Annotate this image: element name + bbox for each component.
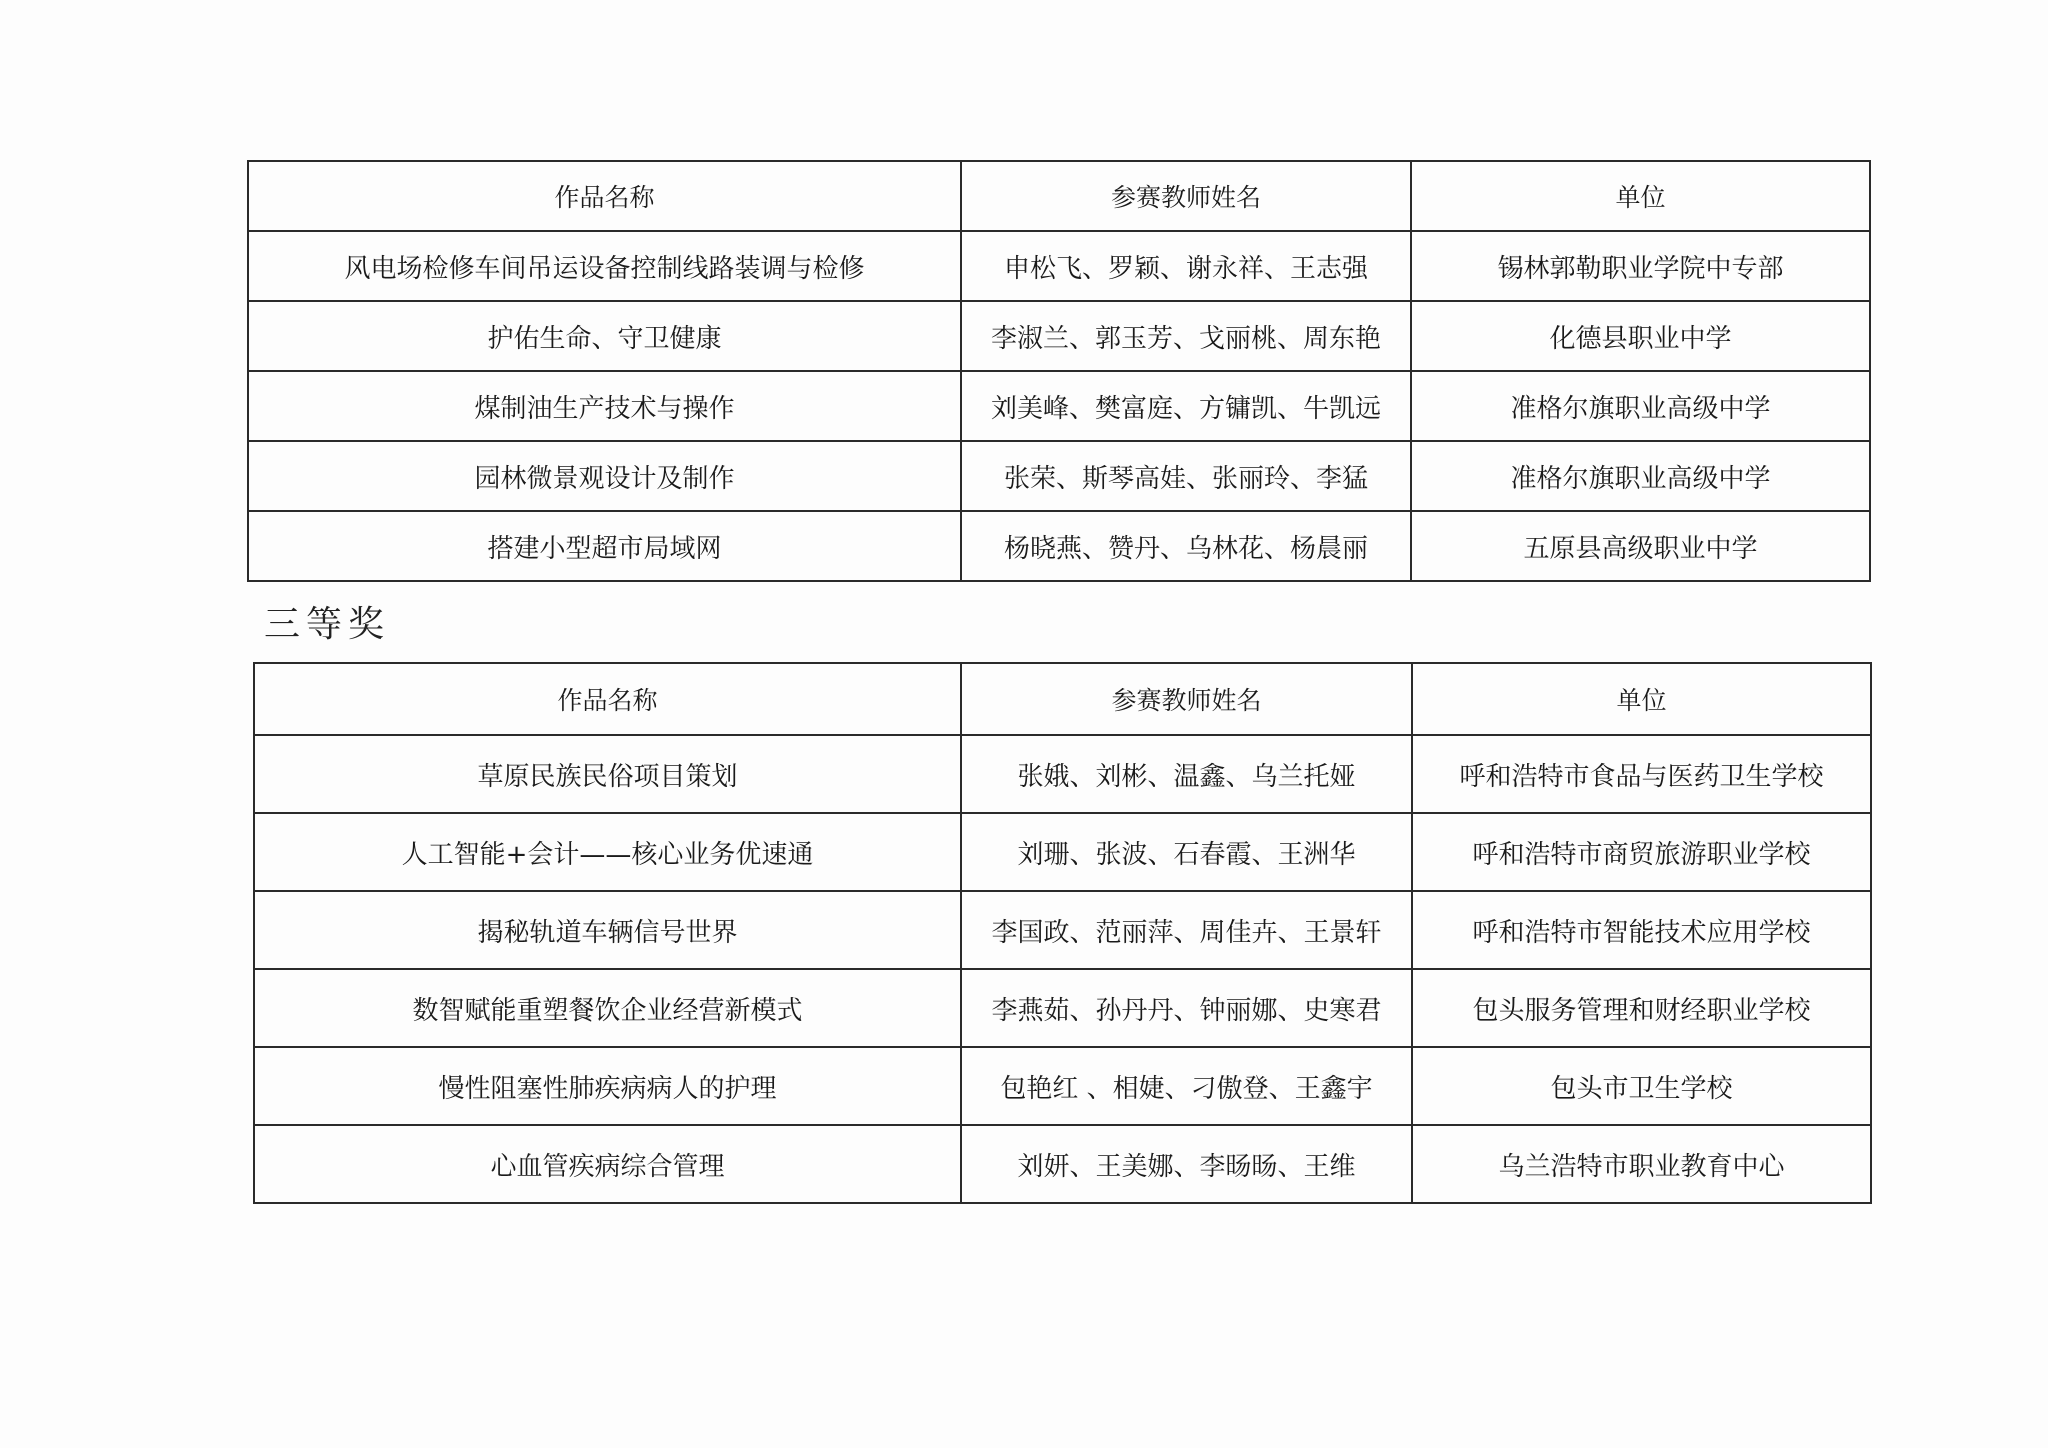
cell-teacher-names: 张娥、刘彬、温鑫、乌兰托娅 bbox=[961, 735, 1412, 813]
cell-teacher-names: 李国政、范丽萍、周佳卉、王景轩 bbox=[961, 891, 1412, 969]
cell-teacher-names: 张荣、斯琴高娃、张丽玲、李猛 bbox=[961, 441, 1411, 511]
cell-unit: 锡林郭勒职业学院中专部 bbox=[1411, 231, 1870, 301]
cell-teacher-names: 申松飞、罗颖、谢永祥、王志强 bbox=[961, 231, 1411, 301]
award-table-second-prize: 作品名称 参赛教师姓名 单位 风电场检修车间吊运设备控制线路装调与检修 申松飞、… bbox=[247, 160, 1871, 582]
section-title-third-prize: 三等奖 bbox=[264, 596, 390, 647]
cell-teacher-names: 杨晓燕、赞丹、乌林花、杨晨丽 bbox=[961, 511, 1411, 581]
cell-teacher-names: 包艳红 、相婕、刁傲登、王鑫宇 bbox=[961, 1047, 1412, 1125]
table-row: 园林微景观设计及制作 张荣、斯琴高娃、张丽玲、李猛 准格尔旗职业高级中学 bbox=[248, 441, 1870, 511]
table-header-row: 作品名称 参赛教师姓名 单位 bbox=[248, 161, 1870, 231]
cell-work-title: 人工智能+会计——核心业务优速通 bbox=[254, 813, 961, 891]
header-teacher-names: 参赛教师姓名 bbox=[961, 663, 1412, 735]
table-row: 风电场检修车间吊运设备控制线路装调与检修 申松飞、罗颖、谢永祥、王志强 锡林郭勒… bbox=[248, 231, 1870, 301]
cell-unit: 化德县职业中学 bbox=[1411, 301, 1870, 371]
cell-teacher-names: 李燕茹、孙丹丹、钟丽娜、史寒君 bbox=[961, 969, 1412, 1047]
cell-unit: 准格尔旗职业高级中学 bbox=[1411, 441, 1870, 511]
table-row: 搭建小型超市局域网 杨晓燕、赞丹、乌林花、杨晨丽 五原县高级职业中学 bbox=[248, 511, 1870, 581]
header-unit: 单位 bbox=[1412, 663, 1871, 735]
cell-unit: 包头服务管理和财经职业学校 bbox=[1412, 969, 1871, 1047]
table-row: 煤制油生产技术与操作 刘美峰、樊富庭、方镛凯、牛凯远 准格尔旗职业高级中学 bbox=[248, 371, 1870, 441]
cell-work-title: 园林微景观设计及制作 bbox=[248, 441, 961, 511]
cell-work-title: 风电场检修车间吊运设备控制线路装调与检修 bbox=[248, 231, 961, 301]
cell-unit: 呼和浩特市智能技术应用学校 bbox=[1412, 891, 1871, 969]
cell-unit: 准格尔旗职业高级中学 bbox=[1411, 371, 1870, 441]
header-work-title: 作品名称 bbox=[248, 161, 961, 231]
table-header-row: 作品名称 参赛教师姓名 单位 bbox=[254, 663, 1871, 735]
table-row: 数智赋能重塑餐饮企业经营新模式 李燕茹、孙丹丹、钟丽娜、史寒君 包头服务管理和财… bbox=[254, 969, 1871, 1047]
table-row: 人工智能+会计——核心业务优速通 刘珊、张波、石春霞、王洲华 呼和浩特市商贸旅游… bbox=[254, 813, 1871, 891]
cell-work-title: 数智赋能重塑餐饮企业经营新模式 bbox=[254, 969, 961, 1047]
table-row: 心血管疾病综合管理 刘妍、王美娜、李旸旸、王维 乌兰浩特市职业教育中心 bbox=[254, 1125, 1871, 1203]
cell-work-title: 慢性阻塞性肺疾病病人的护理 bbox=[254, 1047, 961, 1125]
cell-unit: 呼和浩特市食品与医药卫生学校 bbox=[1412, 735, 1871, 813]
cell-teacher-names: 刘珊、张波、石春霞、王洲华 bbox=[961, 813, 1412, 891]
table-row: 草原民族民俗项目策划 张娥、刘彬、温鑫、乌兰托娅 呼和浩特市食品与医药卫生学校 bbox=[254, 735, 1871, 813]
cell-work-title: 揭秘轨道车辆信号世界 bbox=[254, 891, 961, 969]
header-unit: 单位 bbox=[1411, 161, 1870, 231]
cell-unit: 乌兰浩特市职业教育中心 bbox=[1412, 1125, 1871, 1203]
table-row: 揭秘轨道车辆信号世界 李国政、范丽萍、周佳卉、王景轩 呼和浩特市智能技术应用学校 bbox=[254, 891, 1871, 969]
header-teacher-names: 参赛教师姓名 bbox=[961, 161, 1411, 231]
cell-teacher-names: 刘妍、王美娜、李旸旸、王维 bbox=[961, 1125, 1412, 1203]
cell-unit: 五原县高级职业中学 bbox=[1411, 511, 1870, 581]
award-table-third-prize: 作品名称 参赛教师姓名 单位 草原民族民俗项目策划 张娥、刘彬、温鑫、乌兰托娅 … bbox=[253, 662, 1872, 1204]
cell-work-title: 护佑生命、守卫健康 bbox=[248, 301, 961, 371]
table-row: 慢性阻塞性肺疾病病人的护理 包艳红 、相婕、刁傲登、王鑫宇 包头市卫生学校 bbox=[254, 1047, 1871, 1125]
cell-work-title: 心血管疾病综合管理 bbox=[254, 1125, 961, 1203]
cell-unit: 呼和浩特市商贸旅游职业学校 bbox=[1412, 813, 1871, 891]
cell-work-title: 搭建小型超市局域网 bbox=[248, 511, 961, 581]
cell-work-title: 煤制油生产技术与操作 bbox=[248, 371, 961, 441]
cell-teacher-names: 李淑兰、郭玉芳、戈丽桃、周东艳 bbox=[961, 301, 1411, 371]
cell-work-title: 草原民族民俗项目策划 bbox=[254, 735, 961, 813]
cell-unit: 包头市卫生学校 bbox=[1412, 1047, 1871, 1125]
table-row: 护佑生命、守卫健康 李淑兰、郭玉芳、戈丽桃、周东艳 化德县职业中学 bbox=[248, 301, 1870, 371]
cell-teacher-names: 刘美峰、樊富庭、方镛凯、牛凯远 bbox=[961, 371, 1411, 441]
header-work-title: 作品名称 bbox=[254, 663, 961, 735]
